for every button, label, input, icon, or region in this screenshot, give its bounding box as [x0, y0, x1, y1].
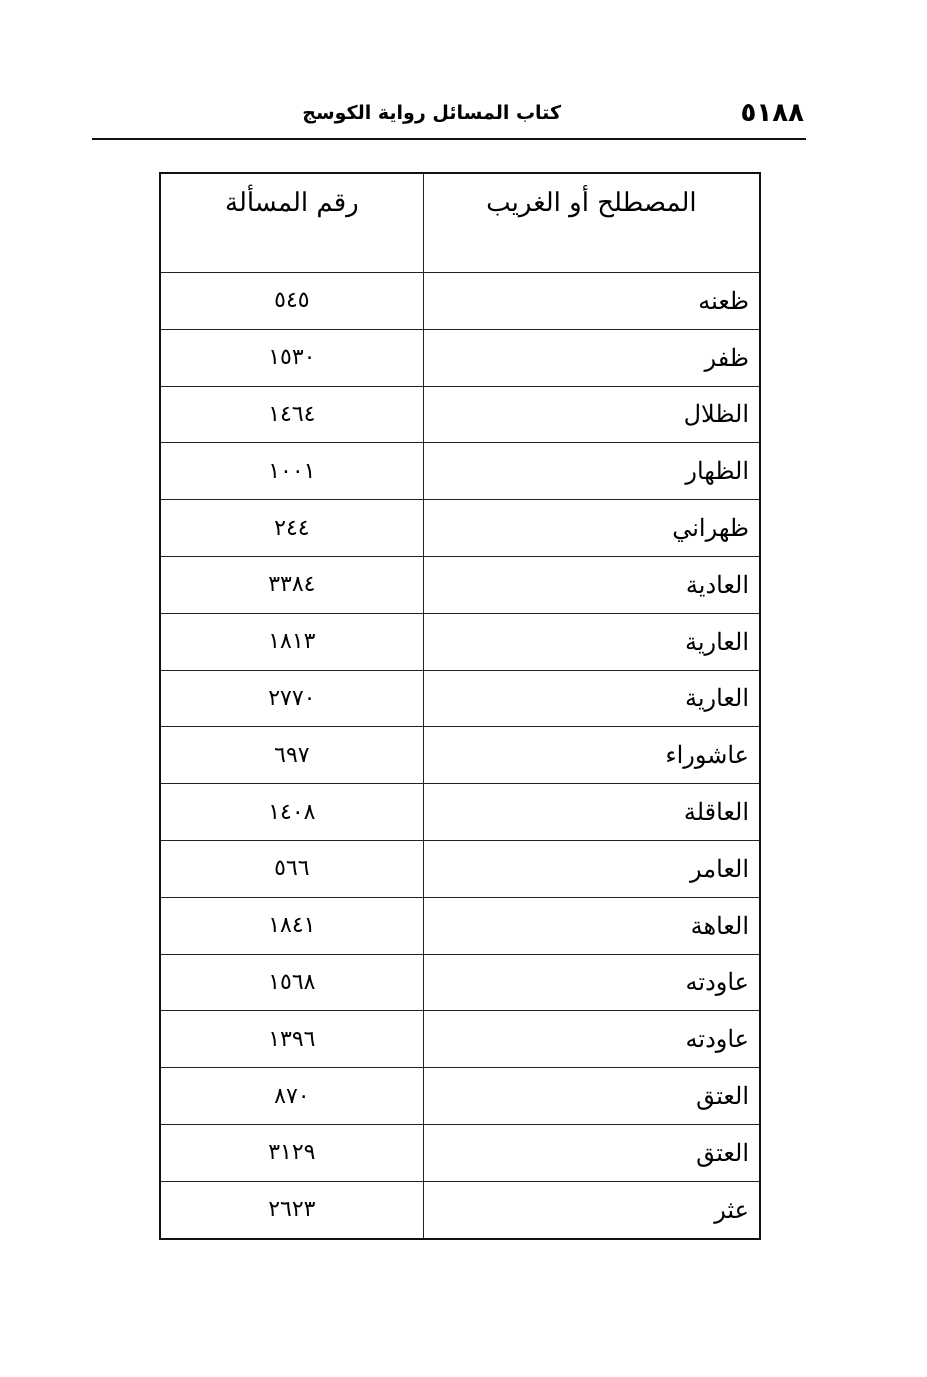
number-cell: ٣١٢٩ — [160, 1124, 423, 1181]
table-row: العتق ٨٧٠ — [160, 1068, 760, 1125]
number-cell: ١٥٦٨ — [160, 954, 423, 1011]
term-cell: عاودته — [423, 1011, 760, 1068]
term-cell: العادية — [423, 556, 760, 613]
table-row: العتق ٣١٢٩ — [160, 1124, 760, 1181]
number-cell: ١٤٠٨ — [160, 784, 423, 841]
table-row: العادية ٣٣٨٤ — [160, 556, 760, 613]
table-header-row: المصطلح أو الغريب رقم المسألة — [160, 173, 760, 273]
term-cell: الظلال — [423, 386, 760, 443]
number-cell: ٢٦٢٣ — [160, 1181, 423, 1238]
term-cell: العامر — [423, 840, 760, 897]
term-cell: العتق — [423, 1068, 760, 1125]
term-cell: ظهراني — [423, 500, 760, 557]
number-cell: ١٠٠١ — [160, 443, 423, 500]
page-number: ٥١٨٨ — [741, 98, 804, 128]
column-header-number: رقم المسألة — [160, 173, 423, 273]
term-cell: عثر — [423, 1181, 760, 1238]
table-row: الظهار ١٠٠١ — [160, 443, 760, 500]
terms-index-table: المصطلح أو الغريب رقم المسألة ظعنه ٥٤٥ ظ… — [159, 172, 761, 1240]
number-cell: ٦٩٧ — [160, 727, 423, 784]
running-header: ٥١٨٨ كتاب المسائل رواية الكوسج — [92, 96, 806, 140]
number-cell: ١٤٦٤ — [160, 386, 423, 443]
number-cell: ١٨١٣ — [160, 613, 423, 670]
column-header-term: المصطلح أو الغريب — [423, 173, 760, 273]
table-row: العاهة ١٨٤١ — [160, 897, 760, 954]
term-cell: الظهار — [423, 443, 760, 500]
term-cell: العارية — [423, 613, 760, 670]
number-cell: ٢٧٧٠ — [160, 670, 423, 727]
table-row: ظعنه ٥٤٥ — [160, 273, 760, 330]
number-cell: ١٨٤١ — [160, 897, 423, 954]
table-row: عثر ٢٦٢٣ — [160, 1181, 760, 1238]
term-cell: ظفر — [423, 329, 760, 386]
term-cell: العاقلة — [423, 784, 760, 841]
table-row: عاشوراء ٦٩٧ — [160, 727, 760, 784]
table-row: العاقلة ١٤٠٨ — [160, 784, 760, 841]
table-row: ظهراني ٢٤٤ — [160, 500, 760, 557]
number-cell: ٢٤٤ — [160, 500, 423, 557]
number-cell: ٨٧٠ — [160, 1068, 423, 1125]
table-row: الظلال ١٤٦٤ — [160, 386, 760, 443]
table-row: العارية ١٨١٣ — [160, 613, 760, 670]
number-cell: ٥٤٥ — [160, 273, 423, 330]
number-cell: ٣٣٨٤ — [160, 556, 423, 613]
term-cell: عاشوراء — [423, 727, 760, 784]
term-cell: ظعنه — [423, 273, 760, 330]
table-row: عاودته ١٣٩٦ — [160, 1011, 760, 1068]
term-cell: العاهة — [423, 897, 760, 954]
book-title: كتاب المسائل رواية الكوسج — [302, 102, 561, 124]
number-cell: ٥٦٦ — [160, 840, 423, 897]
number-cell: ١٥٣٠ — [160, 329, 423, 386]
term-cell: عاودته — [423, 954, 760, 1011]
number-cell: ١٣٩٦ — [160, 1011, 423, 1068]
table-row: عاودته ١٥٦٨ — [160, 954, 760, 1011]
table-row: العامر ٥٦٦ — [160, 840, 760, 897]
table-row: العارية ٢٧٧٠ — [160, 670, 760, 727]
term-cell: العتق — [423, 1124, 760, 1181]
term-cell: العارية — [423, 670, 760, 727]
table-row: ظفر ١٥٣٠ — [160, 329, 760, 386]
